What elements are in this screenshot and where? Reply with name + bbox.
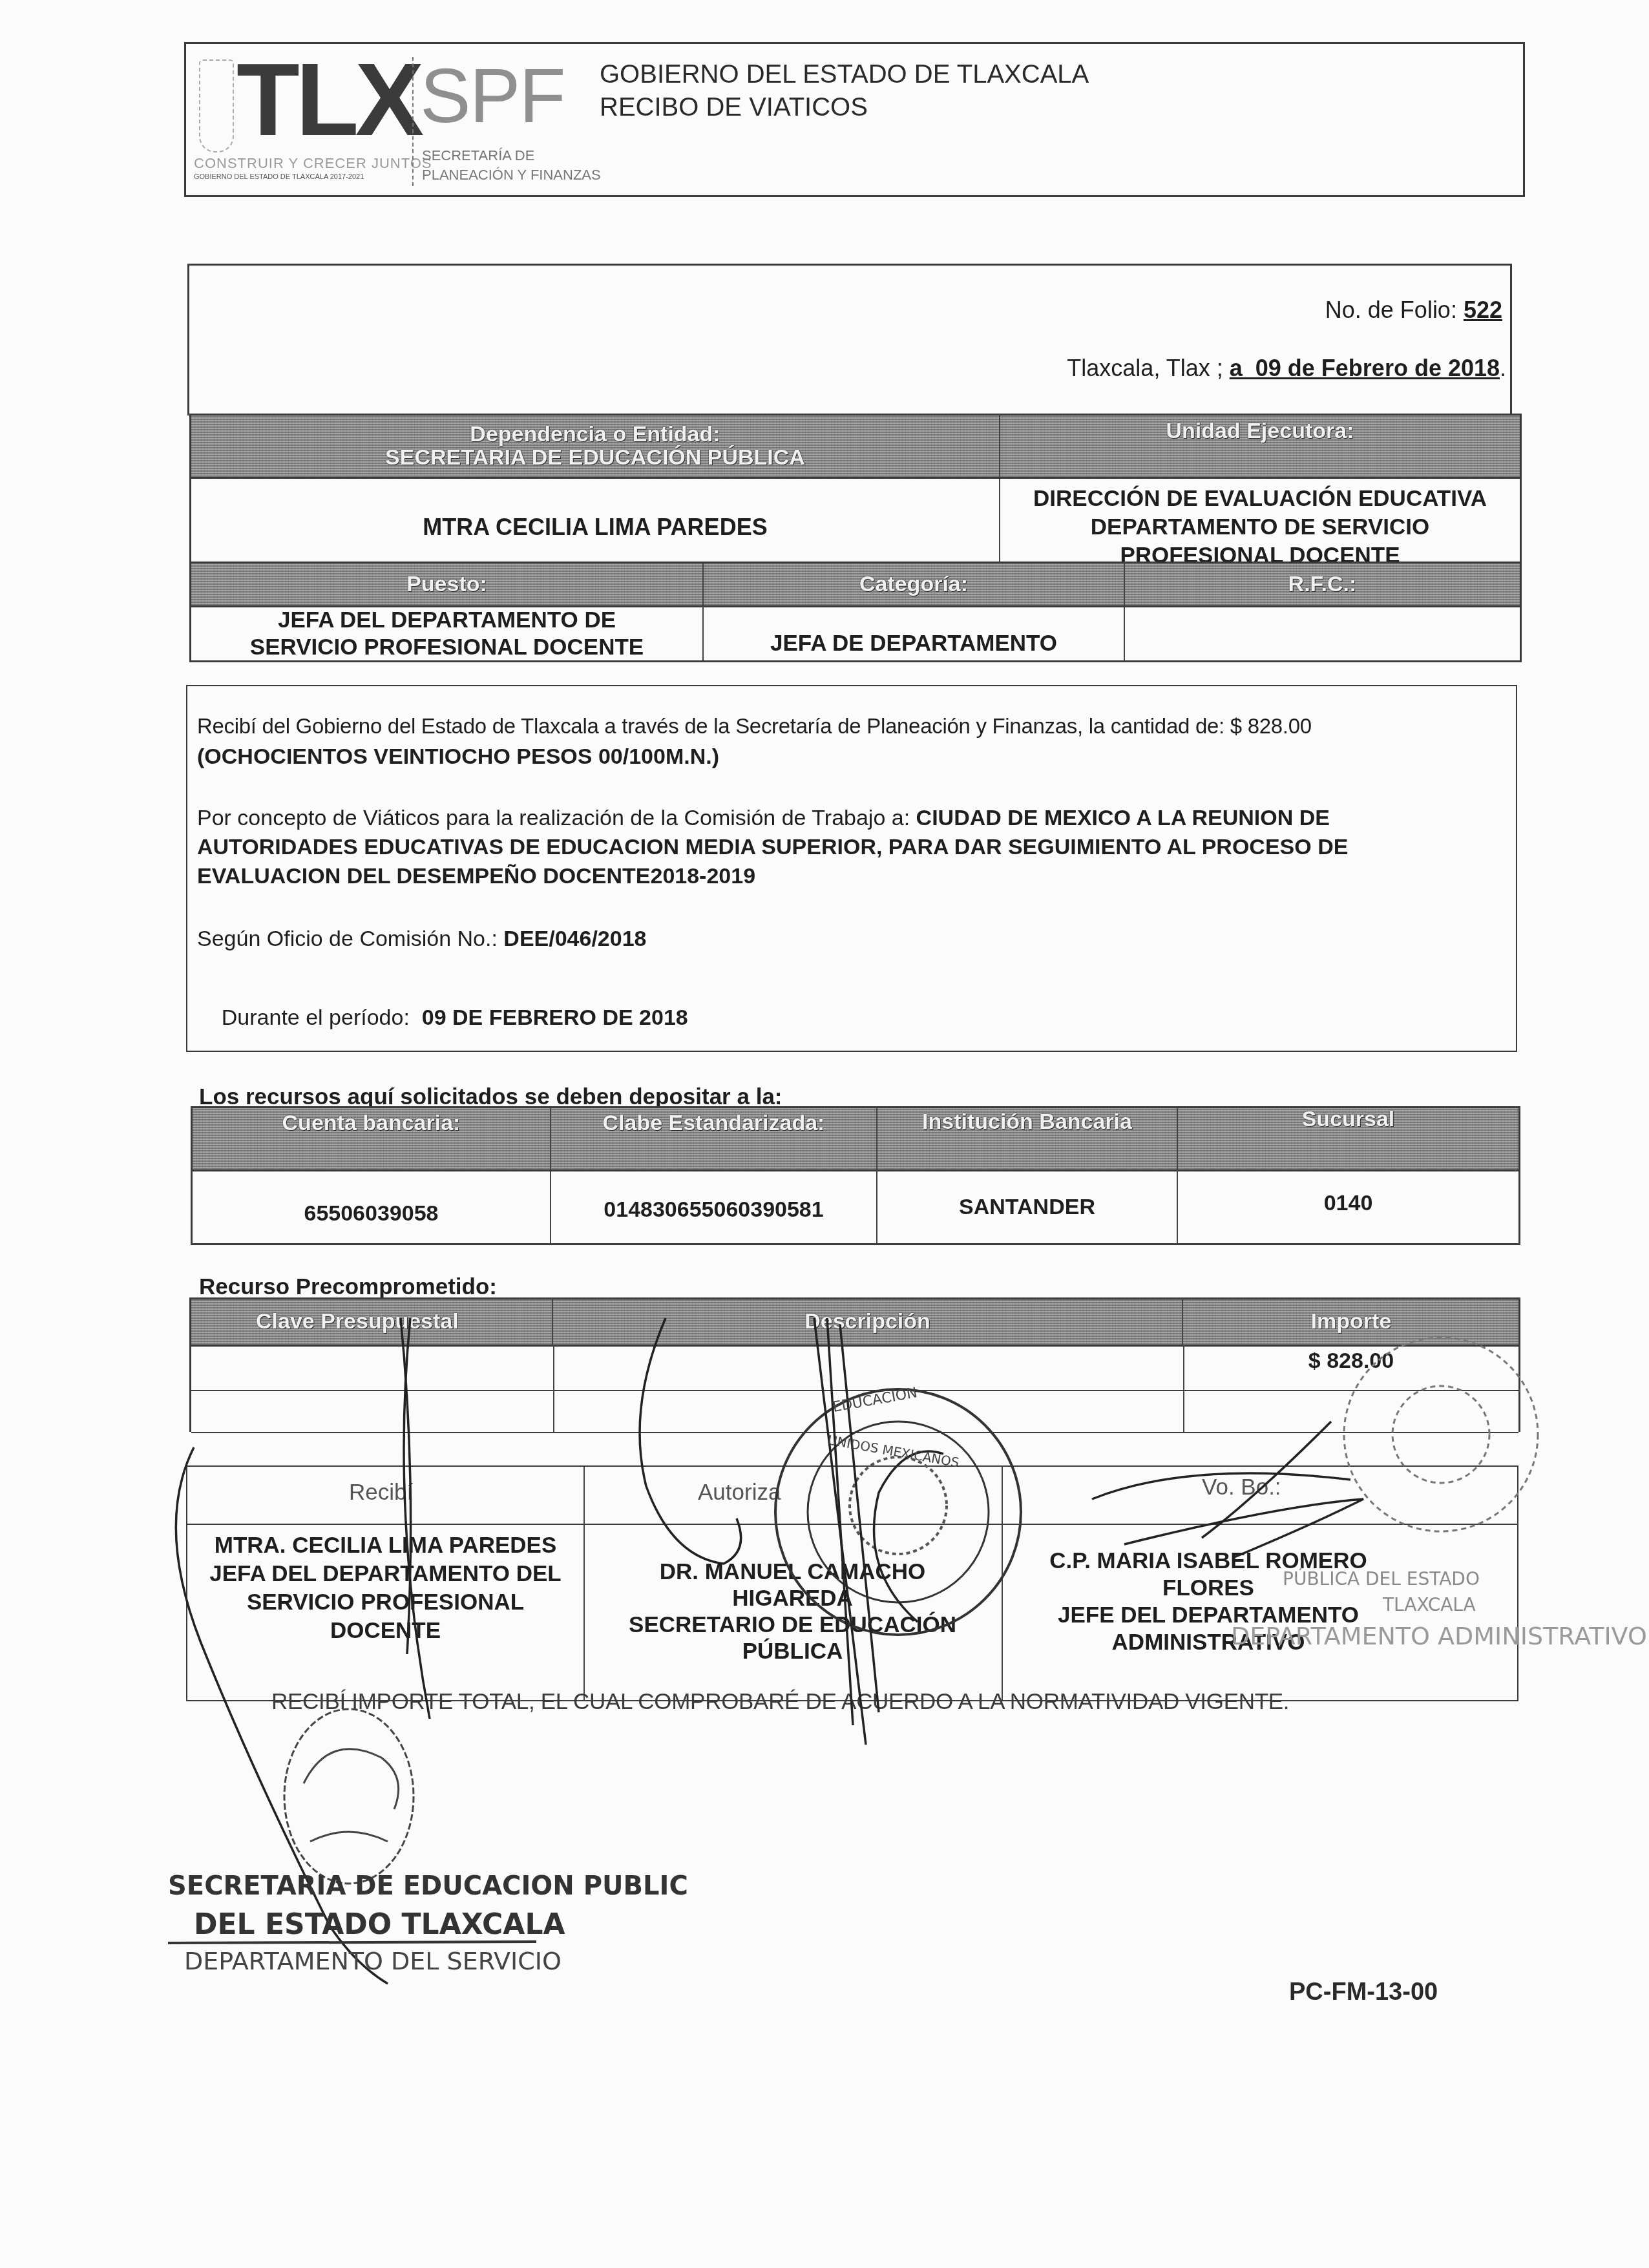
bank-account-number: 65506039058 bbox=[193, 1171, 551, 1243]
commission-office-number: DEE/046/2018 bbox=[503, 927, 646, 951]
place-label: Tlaxcala, Tlax ; bbox=[1067, 355, 1223, 381]
receiver-signature-block: MTRA. CECILIA LIMA PAREDES JEFA DEL DEPA… bbox=[187, 1531, 583, 1645]
bank-table: Cuenta bancaria: Clabe Estandarizada: In… bbox=[191, 1106, 1520, 1245]
precommitted-intro: Recurso Precomprometido: bbox=[199, 1274, 497, 1300]
document-date: a 09 de Febrero de 2018 bbox=[1230, 355, 1500, 381]
receipt-body-box: Recibí del Gobierno del Estado de Tlaxca… bbox=[186, 685, 1517, 1052]
tlaxcala-shield-icon bbox=[199, 59, 234, 152]
logo-tlx-slogan: CONSTRUIR Y CRECER JUNTOS bbox=[194, 155, 432, 172]
bank-institution-header: Institución Bancaria bbox=[877, 1108, 1178, 1170]
logo-tlx-sub: GOBIERNO DEL ESTADO DE TLAXCALA 2017-202… bbox=[194, 173, 364, 181]
document-title: RECIBO DE VIATICOS bbox=[600, 93, 868, 122]
header-box: TLX CONSTRUIR Y CRECER JUNTOS GOBIERNO D… bbox=[184, 42, 1525, 197]
svg-text:DEPARTAMENTO DEL SERVICIO: DEPARTAMENTO DEL SERVICIO bbox=[184, 1947, 562, 1975]
commission-period: Durante el período: 09 DE FEBRERO DE 201… bbox=[197, 980, 688, 1056]
commission-office: Según Oficio de Comisión No.: DEE/046/20… bbox=[197, 927, 647, 952]
logo-spf: SPF bbox=[420, 58, 565, 134]
authorizer-signature-block: DR. MANUEL CAMACHO HIGAREDA SECRETARIO D… bbox=[583, 1559, 1002, 1664]
svg-text:DEL ESTADO TLAXCALA: DEL ESTADO TLAXCALA bbox=[194, 1908, 565, 1941]
logo-divider bbox=[412, 57, 414, 186]
form-code: PC-FM-13-00 bbox=[1289, 1979, 1438, 2006]
received-label: Recibí bbox=[349, 1480, 413, 1506]
document-org-title: GOBIERNO DEL ESTADO DE TLAXCALA bbox=[600, 60, 1089, 89]
dependencia-header: Dependencia o Entidad: SECRETARIA DE EDU… bbox=[191, 415, 1000, 477]
bank-branch: 0140 bbox=[1178, 1171, 1518, 1243]
precommitted-table: Clave Presupuestal Descripción Importe $… bbox=[189, 1297, 1520, 1432]
bank-institution: SANTANDER bbox=[877, 1171, 1178, 1243]
received-statement: Recibí del Gobierno del Estado de Tlaxca… bbox=[197, 714, 1312, 739]
clabe-number: 014830655060390581 bbox=[551, 1171, 877, 1243]
folio-box: No. de Folio: 522 Tlaxcala, Tlax ; a 09 … bbox=[187, 264, 1512, 415]
folio-line: No. de Folio: 522 bbox=[1325, 297, 1502, 324]
receipt-acknowledgement: RECIBÍ IMPORTE TOTAL, EL CUAL COMPROBARÉ… bbox=[271, 1689, 1289, 1715]
description-header: Descripción bbox=[553, 1299, 1183, 1345]
bank-branch-header: Sucursal bbox=[1178, 1108, 1518, 1170]
precommitted-amount: $ 828.00 bbox=[1183, 1347, 1519, 1379]
folio-label: No. de Folio: bbox=[1325, 297, 1457, 323]
dependencia-value: SECRETARIA DE EDUCACIÓN PÚBLICA bbox=[385, 446, 805, 470]
signatures-table: Recibí Autoriza Vo. Bo.: MTRA. CECILIA L… bbox=[186, 1465, 1518, 1701]
rfc-value bbox=[1125, 607, 1520, 660]
amount-in-words: (OCHOCIENTOS VEINTIOCHO PESOS 00/100M.N.… bbox=[197, 744, 719, 770]
svg-text:UNIDOS MEXICANOS: UNIDOS MEXICANOS bbox=[826, 1432, 960, 1470]
clabe-header: Clabe Estandarizada: bbox=[551, 1108, 877, 1170]
vobo-signature-block: C.P. MARIA ISABEL ROMERO FLORES JEFE DEL… bbox=[1002, 1548, 1415, 1656]
categoria-value: JEFA DE DEPARTAMENTO bbox=[704, 607, 1125, 660]
puesto-value: JEFA DEL DEPARTAMENTO DE SERVICIO PROFES… bbox=[191, 607, 704, 660]
place-date-line: Tlaxcala, Tlax ; a 09 de Febrero de 2018… bbox=[1067, 355, 1506, 382]
unidad-header: Unidad Ejecutora: bbox=[1000, 415, 1520, 448]
entity-table: Dependencia o Entidad: SECRETARIA DE EDU… bbox=[189, 414, 1522, 662]
categoria-header: Categoría: bbox=[704, 563, 1125, 605]
logo-tlx: TLX bbox=[236, 48, 420, 151]
commission-concept: Por concepto de Viáticos para la realiza… bbox=[197, 804, 1509, 891]
svg-text:SECRETARIA DE EDUCACION PUBLIC: SECRETARIA DE EDUCACION PUBLIC bbox=[168, 1871, 688, 1901]
commission-period-value: 09 DE FEBRERO DE 2018 bbox=[422, 1005, 688, 1030]
folio-number: 522 bbox=[1464, 297, 1502, 323]
eagle-seal-icon bbox=[284, 1709, 414, 1884]
rfc-header: R.F.C.: bbox=[1125, 563, 1520, 605]
budget-key-header: Clave Presupuestal bbox=[191, 1299, 553, 1345]
logo-spf-sub2: PLANEACIÓN Y FINANZAS bbox=[422, 167, 601, 184]
logo-spf-sub1: SECRETARÍA DE bbox=[422, 147, 534, 164]
puesto-header: Puesto: bbox=[191, 563, 704, 605]
bank-account-header: Cuenta bancaria: bbox=[193, 1108, 551, 1170]
vobo-label: Vo. Bo.: bbox=[1202, 1475, 1281, 1500]
amount-header: Importe bbox=[1183, 1299, 1519, 1345]
authorize-label: Autoriza bbox=[698, 1480, 781, 1506]
